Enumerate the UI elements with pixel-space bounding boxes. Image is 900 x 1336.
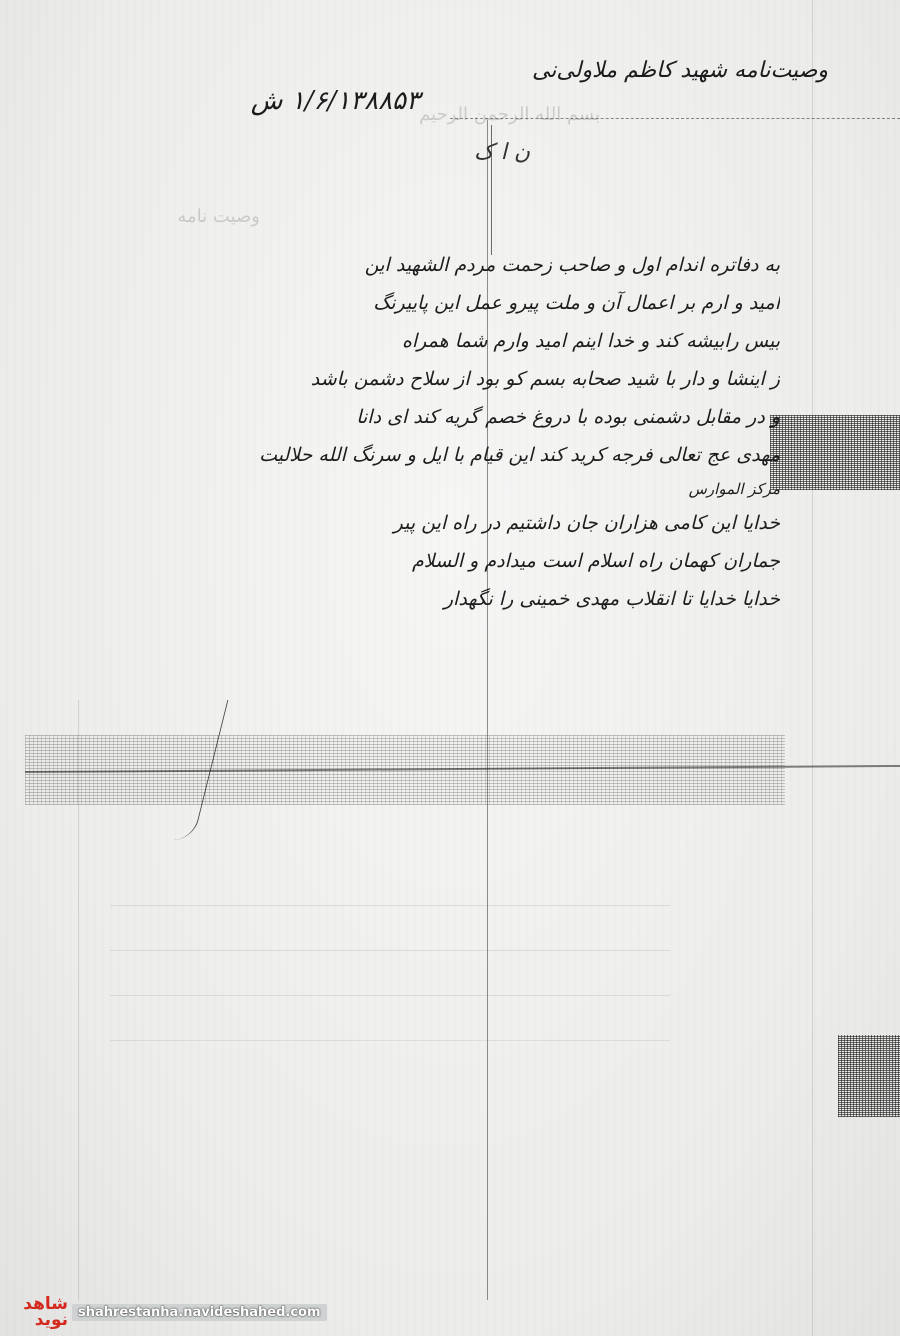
site-url: shahrestanha.navideshahed.com (72, 1304, 327, 1321)
ghost-rule (110, 995, 670, 996)
will-line: بیس رابیشه کند و خدا اینم امید وارم شما … (140, 322, 780, 360)
will-line: ز اینشا و دار با شید صحابه بسم کو بود از… (140, 360, 780, 398)
navideshahed-logo: شاهد نوید (14, 1292, 68, 1332)
will-line: مهدی عج تعالی فرجه کرید کند این قیام با … (140, 436, 780, 474)
will-line: به دفاتره اندام اول و صاحب زحمت مردم الش… (140, 246, 780, 284)
ghost-rule (110, 950, 670, 951)
ghost-rule (110, 1040, 670, 1041)
will-line: خدایا این کامی هزاران جان داشتیم در راه … (140, 504, 780, 542)
will-line: و در مقابل دشمنی بوده با دروغ خصم گریه ک… (140, 398, 780, 436)
will-title: وصیت‌نامه شهید کاظم ملاولی‌نی (532, 58, 828, 83)
will-line: امید و ارم بر اعمال آن و ملت پیرو عمل ای… (140, 284, 780, 322)
copy-blotch (838, 1035, 900, 1117)
fold-line (812, 0, 813, 1336)
ghost-text: بسم الله الرحمن الرحیم (419, 104, 600, 125)
copy-blotch (770, 415, 900, 490)
will-line: جماران کهمان راه اسلام است میدادم و السل… (140, 542, 780, 580)
margin-marker: ن ا ک (474, 140, 530, 165)
will-line: مرکز الموارس (140, 474, 780, 504)
site-watermark: شاهد نوید shahrestanha.navideshahed.com (14, 1292, 327, 1332)
will-line: خدایا خدایا تا انقلاب مهدی خمینی را نگهد… (140, 580, 780, 618)
will-body: به دفاتره اندام اول و صاحب زحمت مردم الش… (140, 246, 780, 618)
document-code: ۱/۶/۱۳۸۸۵۳ ش (251, 86, 420, 116)
logo-text: شاهد نوید (14, 1296, 68, 1328)
document-page: بسم الله الرحمن الرحیم وصیت نامه وصیت‌نا… (0, 0, 900, 1336)
ghost-text: وصیت نامه (177, 206, 260, 227)
ghost-rule (110, 905, 670, 906)
